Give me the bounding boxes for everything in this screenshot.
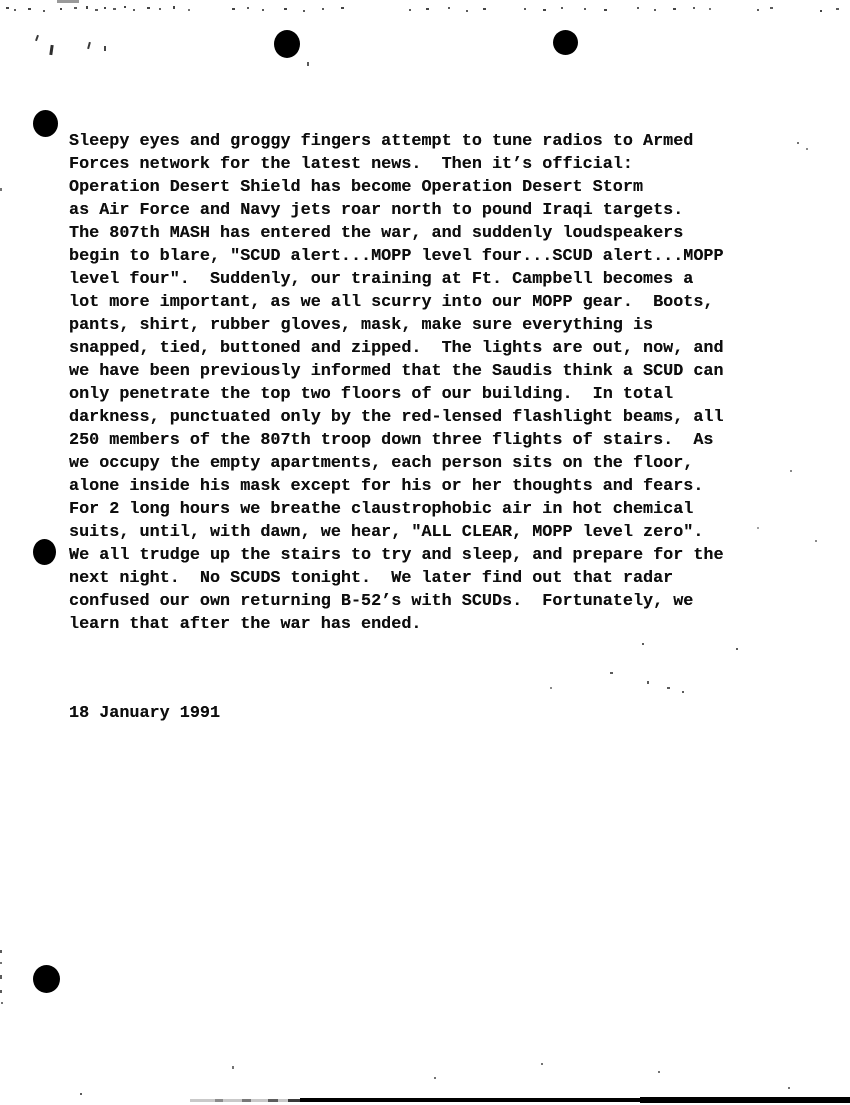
scan-speck	[43, 10, 45, 12]
scan-speck	[806, 148, 808, 150]
scan-speck	[35, 35, 39, 41]
scan-speck	[80, 1093, 82, 1095]
scan-speck	[104, 46, 106, 51]
scan-speck	[757, 527, 759, 529]
scan-speck	[74, 7, 77, 9]
scan-speck	[770, 7, 773, 9]
scan-speck	[28, 8, 31, 10]
scan-speck	[0, 962, 2, 964]
scan-speck	[87, 42, 91, 49]
journal-text: Sleepy eyes and groggy fingers attempt t…	[69, 84, 724, 771]
scan-speck	[693, 7, 695, 9]
scan-speck	[658, 1071, 660, 1073]
scan-edge-artifact-top	[57, 0, 79, 3]
scan-speck	[667, 687, 670, 689]
scan-speck	[757, 9, 759, 11]
scan-speck	[49, 45, 53, 55]
scan-speck	[0, 188, 2, 191]
scan-speck	[820, 10, 822, 12]
punch-hole-mark-top-left	[274, 30, 300, 58]
scan-speck	[288, 1099, 300, 1102]
scan-speck	[14, 9, 16, 11]
scan-speck	[610, 672, 613, 674]
scan-speck	[232, 8, 235, 10]
scan-speck	[247, 7, 249, 9]
scan-speck	[543, 9, 546, 11]
scan-speck	[673, 8, 676, 10]
punch-hole-mark-top-right	[553, 30, 578, 55]
scan-speck	[797, 142, 799, 144]
scan-speck	[262, 9, 264, 11]
scan-speck	[215, 1099, 223, 1102]
scan-speck	[104, 7, 106, 9]
scan-speck	[0, 990, 2, 993]
scan-speck	[1, 1002, 3, 1004]
scan-speck	[541, 1063, 543, 1065]
scan-speck	[341, 7, 344, 9]
scan-speck	[242, 1099, 251, 1102]
scanned-document-page: Sleepy eyes and groggy fingers attempt t…	[0, 0, 850, 1105]
date-line: 18 January 1991	[69, 702, 724, 725]
scan-speck	[60, 8, 62, 10]
scan-speck	[124, 6, 126, 8]
scan-speck	[483, 8, 486, 10]
journal-paragraph: Sleepy eyes and groggy fingers attempt t…	[69, 130, 724, 636]
scan-speck	[637, 7, 639, 9]
punch-hole-mark-margin-bottom	[33, 965, 60, 993]
scan-speck	[232, 1066, 234, 1069]
scan-speck	[0, 975, 2, 979]
scan-speck	[307, 62, 309, 66]
scan-edge-artifact-bottom-thick	[640, 1097, 850, 1103]
scan-speck	[647, 681, 649, 684]
scan-speck	[147, 7, 150, 9]
scan-speck	[550, 687, 552, 689]
scan-speck	[736, 648, 738, 650]
scan-speck	[790, 470, 792, 472]
scan-speck	[426, 8, 429, 10]
scan-speck	[815, 540, 817, 542]
scan-speck	[159, 8, 161, 10]
scan-speck	[268, 1099, 278, 1102]
scan-speck	[434, 1077, 436, 1079]
scan-speck	[133, 9, 135, 11]
scan-speck	[173, 6, 175, 9]
scan-speck	[604, 9, 607, 11]
scan-speck	[524, 8, 526, 10]
punch-hole-mark-margin-upper	[33, 110, 58, 137]
scan-speck	[466, 10, 468, 12]
scan-speck	[95, 9, 98, 11]
scan-speck	[448, 7, 450, 9]
scan-speck	[113, 8, 116, 10]
scan-speck	[654, 9, 656, 11]
punch-hole-mark-margin-lower	[33, 539, 56, 565]
scan-speck	[86, 6, 88, 9]
scan-speck	[642, 643, 644, 645]
scan-speck	[0, 950, 2, 953]
scan-speck	[188, 9, 190, 11]
scan-speck	[409, 9, 411, 11]
scan-speck	[284, 8, 287, 10]
scan-speck	[788, 1087, 790, 1089]
scan-speck	[6, 7, 9, 9]
scan-speck	[303, 10, 305, 12]
scan-speck	[322, 8, 324, 10]
scan-speck	[836, 8, 839, 10]
scan-speck	[561, 7, 563, 9]
scan-speck	[584, 8, 586, 10]
scan-speck	[709, 8, 711, 10]
scan-speck	[682, 691, 684, 693]
